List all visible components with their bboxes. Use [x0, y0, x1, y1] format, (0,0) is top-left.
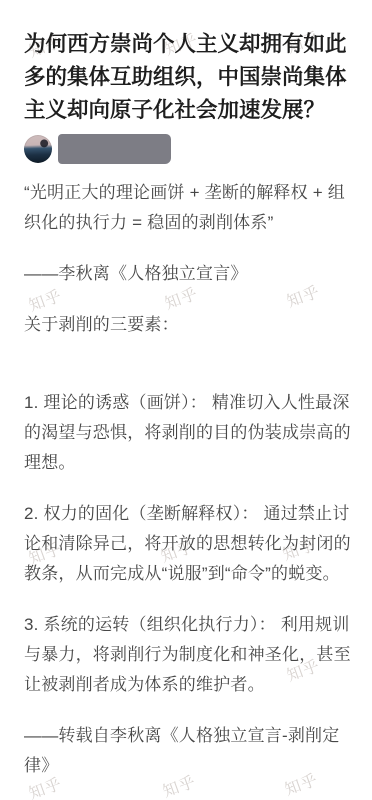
post-screenshot: 知乎知乎知乎知乎知乎知乎知乎知乎知乎知乎知乎知乎知乎 为何西方崇尚个人主义却拥有… [0, 0, 372, 800]
list-item-2: 2. 权力的固化（垄断解释权）： 通过禁止讨论和清除异己，将开放的思想转化为封闭… [24, 499, 358, 589]
list-item-1: 1. 理论的诱惑（画饼）： 精准切入人性最深的渴望与恐惧，将剥削的目的伪装成崇高… [24, 388, 358, 478]
footer-attribution: ——转载自李秋离《人格独立宣言-剥削定律》 [24, 721, 358, 781]
post-content: 为何西方崇尚个人主义却拥有如此多的集体互助组织，中国崇尚集体主义却向原子化社会加… [0, 0, 372, 781]
quote-paragraph: “光明正大的理论画饼 + 垄断的解释权 + 组织化的执行力 = 稳固的剥削体系” [24, 178, 358, 238]
post-body: “光明正大的理论画饼 + 垄断的解释权 + 组织化的执行力 = 稳固的剥削体系”… [24, 178, 358, 781]
section-heading: 关于剥削的三要素： [24, 310, 358, 340]
quote-attribution: ——李秋离《人格独立宣言》 [24, 259, 358, 289]
question-title: 为何西方崇尚个人主义却拥有如此多的集体互助组织，中国崇尚集体主义却向原子化社会加… [24, 28, 356, 127]
redacted-username[interactable] [58, 134, 171, 164]
list-item-3: 3. 系统的运转（组织化执行力）： 利用规训与暴力，将剥削行为制度化和神圣化，甚… [24, 610, 358, 700]
author-avatar[interactable] [24, 135, 52, 163]
author-row [24, 134, 356, 164]
